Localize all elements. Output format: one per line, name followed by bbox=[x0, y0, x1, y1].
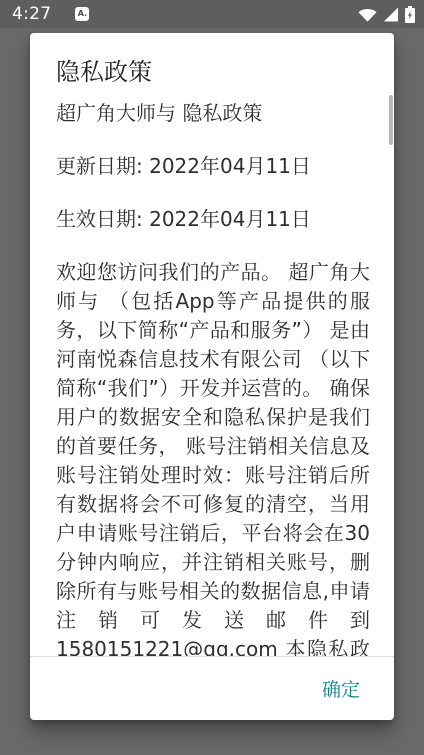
scrollbar-thumb[interactable] bbox=[389, 95, 393, 145]
dialog-button-bar: 确定 bbox=[30, 657, 394, 720]
effective-date: 生效日期: 2022年04月11日 bbox=[56, 205, 370, 234]
confirm-button[interactable]: 确定 bbox=[310, 667, 372, 710]
policy-body-text: 欢迎您访问我们的产品。 超广角大师与 （包括App等产品提供的服务，以下简称“产… bbox=[56, 258, 370, 656]
status-icons bbox=[358, 6, 415, 23]
status-time: 4:27 bbox=[12, 4, 51, 24]
policy-scroll-area[interactable]: 超广角大师与 隐私政策 更新日期: 2022年04月11日 生效日期: 2022… bbox=[30, 87, 394, 656]
battery-charging-icon bbox=[405, 6, 415, 23]
status-bar: 4:27 A. bbox=[0, 0, 424, 28]
privacy-policy-dialog: 隐私政策 超广角大师与 隐私政策 更新日期: 2022年04月11日 生效日期:… bbox=[30, 33, 394, 720]
wifi-icon bbox=[358, 7, 377, 22]
dialog-title: 隐私政策 bbox=[56, 57, 370, 87]
cellular-signal-icon bbox=[383, 7, 399, 22]
policy-subtitle: 超广角大师与 隐私政策 bbox=[56, 99, 370, 128]
updated-date: 更新日期: 2022年04月11日 bbox=[56, 152, 370, 181]
dialog-header: 隐私政策 bbox=[30, 33, 394, 87]
notification-app-icon: A. bbox=[75, 7, 89, 21]
